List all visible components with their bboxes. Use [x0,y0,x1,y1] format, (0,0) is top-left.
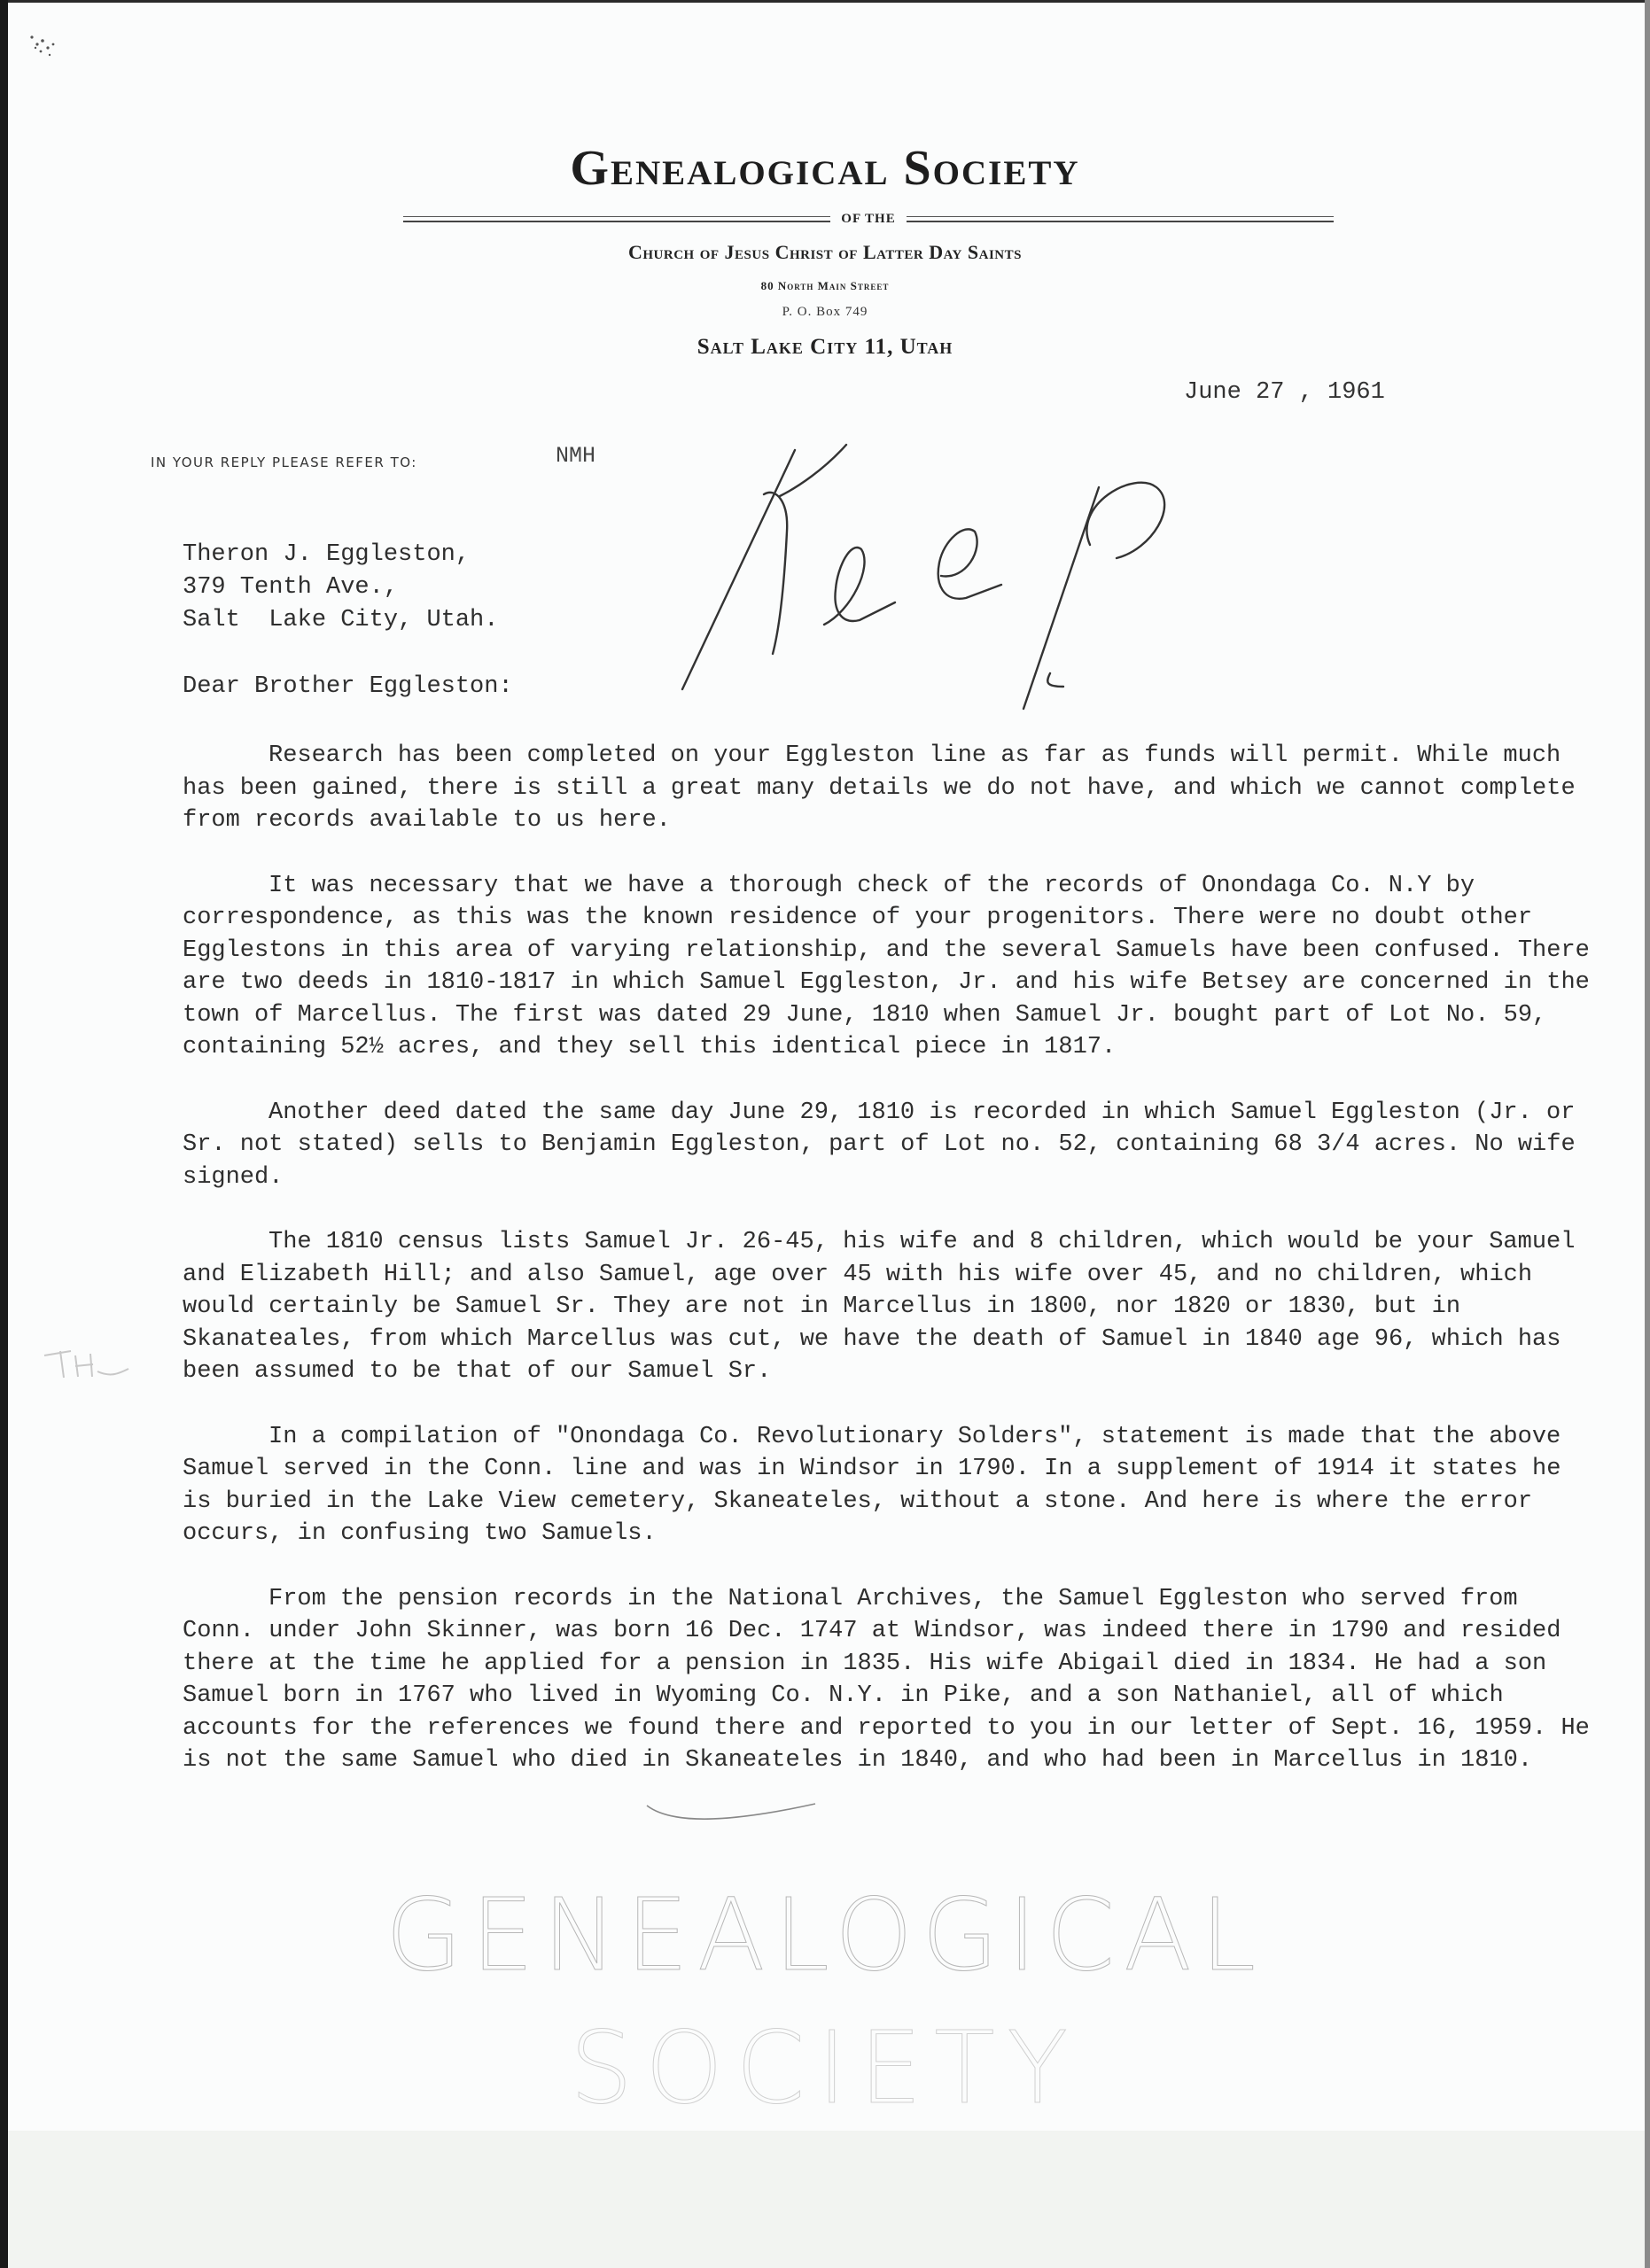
scan-bed-area [8,2131,1645,2268]
letterhead-city: Salt Lake City 11, Utah [0,335,1650,360]
reference-code: NMH [556,443,595,469]
letterhead-po-box: P. O. Box 749 [0,305,1650,320]
embossed-seal-line-1: GENEALOGICAL [0,1878,1650,1993]
letterhead-of-the: OF THE [841,212,895,227]
recipient-name: Theron J. Eggleston, [183,539,498,571]
reference-label: IN YOUR REPLY PLEASE REFER TO: [151,454,417,470]
paragraph-revolutionary-soldiers: In a compilation of "Onondaga Co. Revolu… [183,1421,1600,1550]
letterhead-street: 80 North Main Street [0,279,1650,293]
recipient-city: Salt Lake City, Utah. [183,604,498,637]
margin-pencil-note: They [35,1338,142,1391]
paragraph-research-completed: Research has been completed on your Eggl… [183,740,1600,837]
paper-speck-marks [18,18,124,124]
divider-rule-right [907,216,1334,222]
letter-date: June 27 , 1961 [1184,379,1385,406]
recipient-address: Theron J. Eggleston, 379 Tenth Ave., Sal… [183,539,498,637]
paragraph-another-deed: Another deed dated the same day June 29,… [183,1097,1600,1194]
handwritten-keep-note: Keep [673,434,1365,726]
letterhead-divider: OF THE [403,210,1334,228]
paragraph-pension-records: From the pension records in the National… [183,1583,1600,1777]
recipient-street: 379 Tenth Ave., [183,571,498,604]
paragraph-1810-census: The 1810 census lists Samuel Jr. 26-45, … [183,1226,1600,1388]
embossed-seal-line-2: SOCIETY [0,2011,1650,2126]
letter-body: Research has been completed on your Eggl… [183,740,1600,1810]
letterhead-title: Genealogical Society [0,140,1650,197]
divider-rule-left [403,216,830,222]
pencil-underline-mark [638,1795,833,1830]
letterhead-church: Church of Jesus Christ of Latter Day Sai… [0,241,1650,264]
paragraph-onondaga-records: It was necessary that we have a thorough… [183,870,1600,1064]
salutation: Dear Brother Eggleston: [183,673,513,700]
